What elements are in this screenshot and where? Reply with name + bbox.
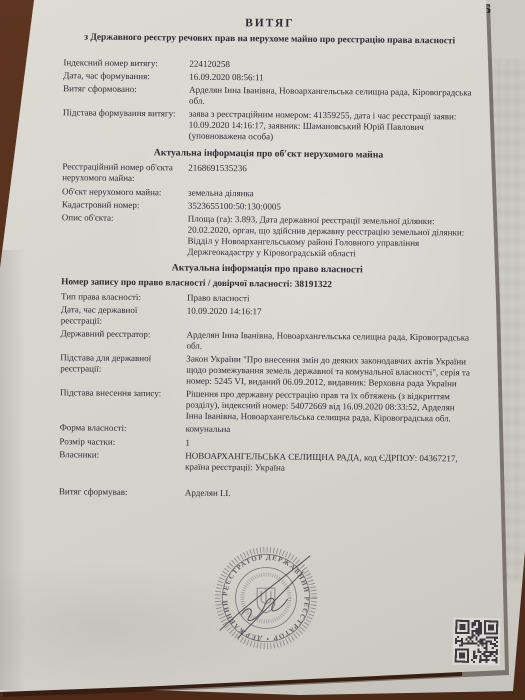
field-value: НОВОАРХАНГЕЛЬСЬКА СЕЛИЩНА РАДА, код ЄДРП… [185,450,471,475]
field-value: Рішення про державну реєстрацію прав та … [186,389,472,424]
field-label: Індексний номер витягу: [63,57,189,69]
row-record-entry-basis: Підстава внесення запису: Рішення про де… [60,388,472,425]
field-label: Підстава для державної реєстрації: [60,353,186,387]
field-value: 10.09.2020 14:16:17 [187,306,473,331]
field-value: 3523655100:50:130:0005 [188,200,474,214]
state-registrar-stamp: ДЕРЖАВНИЙ РЕЄСТРАТОР • ДЕРЖАВНИЙ РЕЄСТРА… [212,544,320,652]
row-owners: Власники: НОВОАРХАНГЕЛЬСЬКА СЕЛИЩНА РАДА… [59,449,471,475]
field-value: 224120258 [189,58,475,72]
row-state-registrar: Державний реєстратор: Арделян Інна Івані… [60,329,472,355]
field-value: Площа (га): 3.893, Дата державної реєстр… [187,214,473,260]
photo-of-document: { "page": { "title": "ВИТЯГ", "subtitle"… [0,0,525,700]
qr-code [453,618,501,666]
row-registration-basis: Підстава для державної реєстрації: Закон… [60,353,472,390]
row-cadastral-number: Кадастровий номер: 3523655100:50:130:000… [62,199,474,214]
row-registration-number: Реєстраційний номер об'єкта нерухомого м… [62,162,474,188]
field-label: Об'єкт нерухомого майна: [62,186,188,198]
field-label: Підстава формування витягу: [63,108,189,142]
field-label: Власники: [59,449,185,472]
field-label: Підстава внесення запису: [60,388,186,422]
document-content: ВИТЯГ з Державного реєстру речових прав … [31,8,476,504]
row-object-type: Об'єкт нерухомого майна: земельна ділянк… [62,186,474,201]
field-label: Реєстраційний номер об'єкта нерухомого м… [62,162,188,185]
field-label: Витяг сформував: [59,487,185,499]
field-label: Розмір частки: [59,436,185,448]
field-label: Кадастровий номер: [62,199,188,211]
field-label: Витяг сформовано: [63,83,189,106]
row-state-registration-datetime: Дата, час державної реєстрації: 10.09.20… [61,305,473,331]
field-value: Арделян Інна Іванівна, Новоархангельська… [189,85,475,110]
field-value: земельна ділянка [188,187,474,201]
field-value: Закон України "Про внесення змін до деяк… [186,354,472,389]
section-heading-ownership: Актуальна інформація про право власності [61,263,473,278]
field-label: Форма власності: [60,422,186,434]
row-object-description: Опис об'єкта: Площа (га): 3.893, Дата де… [61,212,473,259]
row-formation-basis: Підстава формування витягу: заява з реєс… [63,108,475,145]
row-ownership-type: Тип права власності: Право власності [61,291,473,306]
field-label: Дата, час державної реєстрації: [61,305,187,328]
field-value: 1 [185,437,471,451]
row-ownership-form: Форма власності: комунальна [60,422,472,437]
field-value: Арделян Інна Іванівна, Новоархангельська… [186,330,472,355]
row-formation-datetime: Дата, час формування: 16.09.2020 08:56:1… [63,70,475,85]
row-extract-formed-by: Витяг сформував: Арделян І.І. [59,487,471,502]
field-label: Опис об'єкта: [61,212,187,257]
field-label: Тип права власності: [61,291,187,303]
ownership-record-number-line: Номер запису про право власності / довір… [61,277,473,292]
document-subtitle: з Державного реєстру речових прав на нер… [64,32,476,47]
field-label: Державний реєстратор: [60,329,186,352]
section-heading-object: Актуальна інформація про об'єкт нерухомо… [62,147,474,162]
field-label: Дата, час формування: [63,70,189,82]
field-value: заява з реєстраційним номером: 41359255,… [189,109,475,144]
qr-code-modules [455,620,499,664]
row-share-size: Розмір частки: 1 [59,436,471,451]
field-value: 2168691535236 [188,163,474,188]
field-value: комунальна [186,424,472,438]
field-value: 16.09.2020 08:56:11 [189,71,475,85]
row-index-number: Індексний номер витягу: 224120258 [63,57,475,72]
row-formed-by: Витяг сформовано: Арделян Інна Іванівна,… [63,83,475,109]
document-page: ВИТЯГ з Державного реєстру речових прав … [0,0,525,700]
document-title: ВИТЯГ [64,16,476,31]
field-value: Право власності [187,293,473,307]
field-value: Арделян І.І. [185,488,471,502]
